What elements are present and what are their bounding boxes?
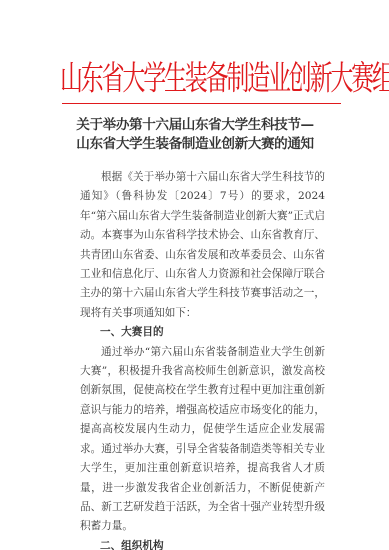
document-body: 根据《关于举办第十六届山东省大学生科技节的通知》（鲁科协发〔2024〕7号）的要… (80, 168, 325, 550)
intro-paragraph: 根据《关于举办第十六届山东省大学生科技节的通知》（鲁科协发〔2024〕7号）的要… (80, 168, 325, 323)
organization-header: 山东省大学生装备制造业创新大赛组委会 (60, 62, 342, 97)
title-line-1: 关于举办第十六届山东省大学生科技节— (40, 116, 350, 135)
title-line-2: 山东省大学生装备制造业创新大赛的通知 (40, 135, 350, 154)
section-heading-organization: 二、组织机构 (80, 537, 325, 550)
document-page: 山东省大学生装备制造业创新大赛组委会 关于举办第十六届山东省大学生科技节— 山东… (0, 0, 389, 550)
document-title: 关于举办第十六届山东省大学生科技节— 山东省大学生装备制造业创新大赛的通知 (40, 116, 350, 154)
page-number: 1 (0, 464, 389, 471)
header-divider (62, 103, 341, 104)
section-heading-purpose: 一、大赛目的 (80, 323, 325, 342)
section-body-purpose: 通过举办“第六届山东省装备制造业大学生创新大赛”，积极提升我省高校师生创新意识，… (80, 343, 325, 537)
